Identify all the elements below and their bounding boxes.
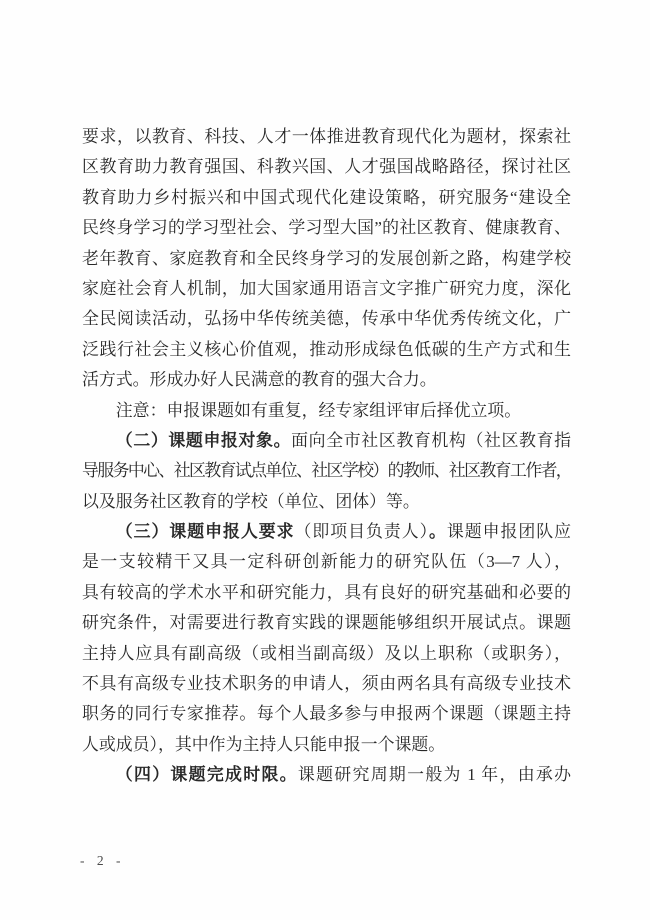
text-segment: 要求，以教育、科技、人才一体推进教育现代化为题材，探索社	[82, 127, 571, 146]
page-number: - 2 -	[80, 853, 123, 869]
text-line: 全民阅读活动，弘扬中华传统美德，传承中华优秀传统文化，广	[82, 304, 571, 334]
text-line: 研究条件，对需要进行教育实践的课题能够组织开展试点。课题	[82, 608, 571, 638]
text-segment: 区教育助力教育强国、科教兴国、人才强国战略路径，探讨社区	[82, 157, 571, 176]
text-segment: 导服务中心、社区教育试点单位、社区学校）的教师、社区教育工作者，	[82, 461, 571, 480]
text-line: 泛践行社会主义核心价值观，推动形成绿色低碳的生产方式和生	[82, 335, 571, 365]
text-segment: 注意：申报课题如有重复，经专家组评审后择优立项。	[116, 401, 521, 420]
text-segment: 家庭社会育人机制，加大国家通用语言文字推广研究力度，深化	[82, 279, 571, 298]
text-segment: 不具有高级专业技术职务的申请人，须由两名具有高级专业技术	[82, 674, 571, 693]
text-line: 要求，以教育、科技、人才一体推进教育现代化为题材，探索社	[82, 122, 571, 152]
text-segment: 研究条件，对需要进行教育实践的课题能够组织开展试点。课题	[82, 613, 571, 632]
text-segment: 全民阅读活动，弘扬中华传统美德，传承中华优秀传统文化，广	[82, 309, 571, 328]
text-segment: 是一支较精干又具一定科研创新能力的研究队伍（3—7 人），	[82, 552, 571, 571]
document-body: 要求，以教育、科技、人才一体推进教育现代化为题材，探索社区教育助力教育强国、科教…	[82, 122, 571, 791]
text-line: 家庭社会育人机制，加大国家通用语言文字推广研究力度，深化	[82, 274, 571, 304]
text-line: 以及服务社区教育的学校（单位、团体）等。	[82, 487, 571, 517]
heading-segment: （二）课题申报对象。	[116, 431, 291, 450]
text-segment: 以及服务社区教育的学校（单位、团体）等。	[82, 492, 420, 511]
text-line: 活方式。形成办好人民满意的教育的强大合力。	[82, 365, 571, 395]
text-line: 是一支较精干又具一定科研创新能力的研究队伍（3—7 人），	[82, 547, 571, 577]
text-line: 职务的同行专家推荐。每个人最多参与申报两个课题（课题主持	[82, 699, 571, 729]
text-line: 民终身学习的学习型社会、学习型大国”的社区教育、健康教育、	[82, 213, 571, 243]
text-line: 不具有高级专业技术职务的申请人，须由两名具有高级专业技术	[82, 669, 571, 699]
text-line: 人或成员），其中作为主持人只能申报一个课题。	[82, 730, 571, 760]
text-line: 具有较高的学术水平和研究能力，具有良好的研究基础和必要的	[82, 578, 571, 608]
heading-segment: （四）课题完成时限。	[116, 765, 298, 784]
document-page: 要求，以教育、科技、人才一体推进教育现代化为题材，探索社区教育助力教育强国、科教…	[0, 0, 650, 920]
text-segment: 课题申报团队应	[447, 522, 571, 541]
text-segment: 主持人应具有副高级（或相当副高级）及以上职称（或职务），	[82, 644, 571, 663]
text-segment: 课题研究周期一般为 1 年，由承办	[298, 765, 571, 784]
text-line: （四）课题完成时限。课题研究周期一般为 1 年，由承办	[82, 760, 571, 790]
text-segment: 面向全市社区教育机构（社区教育指	[291, 431, 571, 450]
text-line: 老年教育、家庭教育和全民终身学习的发展创新之路，构建学校	[82, 244, 571, 274]
text-line: 注意：申报课题如有重复，经专家组评审后择优立项。	[82, 396, 571, 426]
text-segment: 民终身学习的学习型社会、学习型大国”的社区教育、健康教育、	[82, 218, 571, 237]
heading-segment: （三）课题申报人要求	[116, 522, 295, 541]
heading-segment: 。	[429, 522, 447, 541]
text-segment: 人或成员），其中作为主持人只能申报一个课题。	[82, 735, 445, 754]
text-segment: 职务的同行专家推荐。每个人最多参与申报两个课题（课题主持	[82, 704, 571, 723]
text-line: 主持人应具有副高级（或相当副高级）及以上职称（或职务），	[82, 639, 571, 669]
text-segment: 老年教育、家庭教育和全民终身学习的发展创新之路，构建学校	[82, 249, 571, 268]
text-line: 教育助力乡村振兴和中国式现代化建设策略，研究服务“建设全	[82, 183, 571, 213]
text-segment: 活方式。形成办好人民满意的教育的强大合力。	[82, 370, 437, 389]
text-segment: 具有较高的学术水平和研究能力，具有良好的研究基础和必要的	[82, 583, 571, 602]
text-segment: 教育助力乡村振兴和中国式现代化建设策略，研究服务“建设全	[82, 188, 571, 207]
text-line: 区教育助力教育强国、科教兴国、人才强国战略路径，探讨社区	[82, 152, 571, 182]
text-line: （二）课题申报对象。面向全市社区教育机构（社区教育指	[82, 426, 571, 456]
text-segment: （即项目负责人）	[295, 522, 430, 541]
text-segment: 泛践行社会主义核心价值观，推动形成绿色低碳的生产方式和生	[82, 340, 571, 359]
text-line: 导服务中心、社区教育试点单位、社区学校）的教师、社区教育工作者，	[82, 456, 571, 486]
text-line: （三）课题申报人要求（即项目负责人）。课题申报团队应	[82, 517, 571, 547]
